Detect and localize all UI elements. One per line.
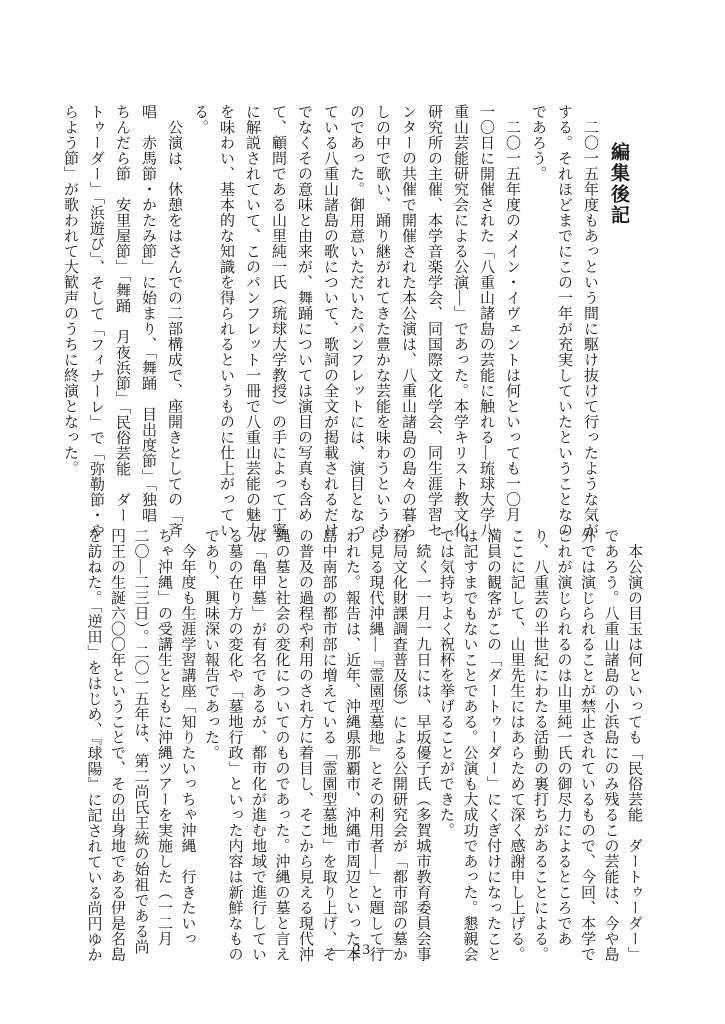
text-line: 円王の生誕六〇〇年ということで、その出身地である伊是名島 [105,528,129,960]
text-line: ここに記して、山里先生にはあらためて深く感謝申し上げる。 [504,528,528,960]
text-line: 満員の観客がこの「ダートゥーダー」にくぎ付けになったこと [481,528,505,960]
text-line: 本公演の目玉は何といっても「民俗芸能 ダートゥーダー」 [622,528,646,960]
text-line: 二〇一五年度もあっという間に駆け抜けて行ったような気が [577,104,603,536]
text-line: これが演じられるのは山里純一氏の御尽力によるところであ [551,528,575,960]
text-line: であろう。 [525,104,551,536]
text-line: 今年度も生涯学習講座「知りたいっちゃ沖縄 行きたいっ [175,528,199,960]
text-line: の普及の過程や利用のされ方に着目し、そこから見える現代沖 [293,528,317,960]
editorial-note-upper-block: 編集後記 二〇一五年度もあっという間に駆け抜けて行ったような気がする。それほどま… [57,104,633,536]
text-line: しの中で歌い、踊り継がれてきた豊かな芸能を味わうというも [369,104,395,536]
text-line: り、八重芸の半世紀にわたる活動の裏打ちがあることによる。 [528,528,552,960]
text-line: に解説されていて、このパンフレット一冊で八重山芸能の魅力 [239,104,265,536]
text-line: 二〇一五年度のメイン・イヴェントは何といっても一〇月 [499,104,525,536]
text-line: ちんだら節 安里屋節」「舞踊 月夜浜節」「民俗芸能 ダー [109,104,135,536]
text-line: であろう。八重山諸島の小浜島にのみ残るこの芸能は、今や島 [598,528,622,960]
page: 編集後記 二〇一五年度もあっという間に駆け抜けて行ったような気がする。それほどま… [0,0,725,1024]
text-line: 縄の墓と社会の変化についてのものであった。沖縄の墓と言え [269,528,293,960]
text-line: 続く一一月一九日には、早坂優子氏（多賀城市教育委員会事 [410,528,434,960]
text-line: 二〇―二三日）。二〇一五年は、第二尚氏王統の始祖である尚 [128,528,152,960]
text-line: でなくその意味と由来が、舞踊については演目の写真も含め [291,104,317,536]
text-line: は記すまでもないことである。公演も大成功であった。懇親会 [457,528,481,960]
text-line: 公演は、休憩をはさんでの二部構成で、座開きとしての「斉 [161,104,187,536]
text-line: ば「亀甲墓」が有名であるが、都市化が進む地域で進行してい [246,528,270,960]
page-title: 編集後記 [603,104,633,536]
text-line: ら見る現代沖縄―『霊園型墓地』とその利用者―」と題して行 [363,528,387,960]
text-line: 唱 赤馬節・かたみ節」に始まり、「舞踊 目出度節」「独唱 [135,104,161,536]
page-number: — 23 — [0,942,725,959]
editorial-note-lower-block: 本公演の目玉は何といっても「民俗芸能 ダートゥーダー」であろう。八重山諸島の小浜… [81,528,645,960]
text-line: る。 [187,104,213,536]
text-line: のであった。御用意いただいたパンフレットには、演目となっ [343,104,369,536]
text-line: 島中南部の都市部に増えている「霊園型墓地」を取り上げ、そ [316,528,340,960]
text-line: であり、興味深い報告であった。 [199,528,223,960]
text-line: 重山芸能研究会による公演―」であった。本学キリスト教文化 [447,104,473,536]
text-line: ンターの共催で開催された本公演は、八重山諸島の島々の暮ら [395,104,421,536]
text-line: 外では演じられることが禁止されているもので、今回、本学で [575,528,599,960]
text-line: する。それほどまでにこの一年が充実していたということなの [551,104,577,536]
text-line: て、顧問である山里純一氏（琉球大学教授）の手によって丁寧 [265,104,291,536]
text-line: らよう節」が歌われて大歓声のうちに終演となった。 [57,104,83,536]
text-line: われた。報告は、近年、沖縄県那覇市、沖縄市周辺といった本 [340,528,364,960]
text-line: る墓の在り方の変化や「墓地行政」といった内容は新鮮なもの [222,528,246,960]
text-line: では気持ちよく祝杯を挙げることができた。 [434,528,458,960]
text-line: 務局文化財課調査普及係）による公開研究会が「都市部の墓か [387,528,411,960]
text-line: を訪ねた。「逆田」をはじめ、『球陽』に記されている尚円ゆか [81,528,105,960]
text-line: 一〇日に開催された「八重山諸島の芸能に触れる―琉球大学八 [473,104,499,536]
text-line: トゥーダー」「浜遊び」、そして「フィナーレ」で「弥勒節・や [83,104,109,536]
text-line: ている八重山諸島の歌について、歌詞の全文が掲載されるだけ [317,104,343,536]
text-line: ちゃ沖縄」の受講生とともに沖縄ツアーを実施した（一二月 [152,528,176,960]
text-line: を味わい、基本的な知識を得られるというものに仕上がってい [213,104,239,536]
text-line: 研究所の主催、本学音楽学会、同国際文化学会、同生涯学習セ [421,104,447,536]
